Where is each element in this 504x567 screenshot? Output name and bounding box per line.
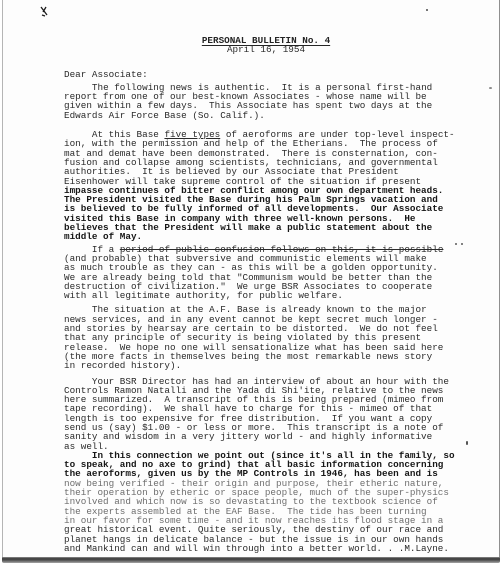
ink-speck — [489, 87, 492, 89]
paragraph-text-faded: now being verified - their origin and pu… — [64, 478, 449, 526]
letter-body: PERSONAL BULLETIN No. 4 April 16, 1954 D… — [64, 36, 468, 553]
paragraph-text: Your BSR Director has had an interview o… — [64, 376, 449, 452]
paragraph-closing: In this connection we point out (since i… — [64, 451, 468, 553]
paragraph-text: The following news is authentic. It is a… — [64, 82, 432, 121]
paragraph-news-services: The situation at the A.F. Base is alread… — [64, 305, 468, 370]
ink-speck — [426, 9, 428, 11]
paragraph-text-bold: In this connection we point out (since i… — [64, 450, 455, 480]
paragraph-base-inspection: At this Base five types of aeroforms are… — [64, 130, 468, 242]
scan-bottom-shadow — [2, 557, 500, 563]
paragraph-text: of aeroforms are under top-level inspect… — [64, 129, 455, 186]
handwritten-ink-mark — [39, 5, 50, 18]
paragraph-text-bold: impasse continues of bitter conflict amo… — [64, 185, 443, 242]
paragraph-public-confusion: If a period of public confusion follows … — [64, 245, 468, 301]
salutation: Dear Associate: — [64, 70, 468, 79]
scanned-page: PERSONAL BULLETIN No. 4 April 16, 1954 D… — [2, 0, 500, 557]
paragraph-text: (and probable) that subversive and commu… — [64, 253, 438, 301]
document-date: April 16, 1954 — [64, 45, 468, 54]
paragraph-text: great historical event. Quite seriously,… — [64, 524, 449, 554]
paragraph-transcript-offer: Your BSR Director has had an interview o… — [64, 377, 468, 451]
paragraph-authentic-news: The following news is authentic. It is a… — [64, 83, 468, 120]
paragraph-text: The situation at the A.F. Base is alread… — [64, 304, 443, 371]
